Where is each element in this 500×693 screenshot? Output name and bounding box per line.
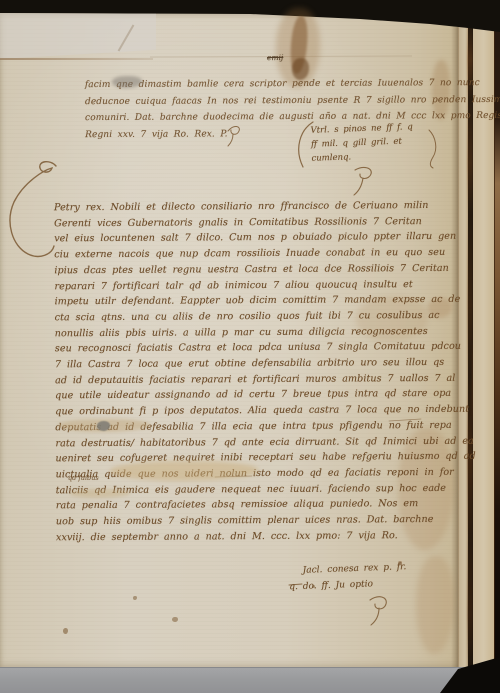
margin-note: Vtrl. s pinos ne ff f. qff mil. q gill g… bbox=[310, 121, 414, 166]
folio-mark-struck: emij bbox=[267, 53, 283, 62]
interlinear-addition: qd fuibus bbox=[68, 474, 99, 482]
top-paragraph-line: facim qne dimastim bamlie cera scriptor … bbox=[85, 75, 500, 94]
main-text-line: xxviij. die septembr anno a nat. dni M. … bbox=[56, 527, 476, 545]
manuscript-photo: emij facim qne dimastim bamlie cera scri… bbox=[0, 0, 500, 693]
main-text-line: ipius dcas ptes uellet regnu uestra Cast… bbox=[54, 261, 474, 279]
table-surface bbox=[0, 667, 500, 693]
signature-block: Jacl. conesa rex p. fr.q. do. ff. Ju opt… bbox=[302, 560, 407, 595]
top-paragraph: facim qne dimastim bamlie cera scriptor … bbox=[85, 75, 500, 144]
top-paragraph-line: comuniri. Dat. barchne duodecima die aug… bbox=[85, 108, 500, 127]
crease-line bbox=[0, 58, 153, 60]
top-paragraph-line: Regni xxv. 7 vija Ro. Rex. P. bbox=[85, 125, 500, 144]
main-text-line: uob sup hiis omibus 7 singlis comittim p… bbox=[56, 512, 476, 530]
